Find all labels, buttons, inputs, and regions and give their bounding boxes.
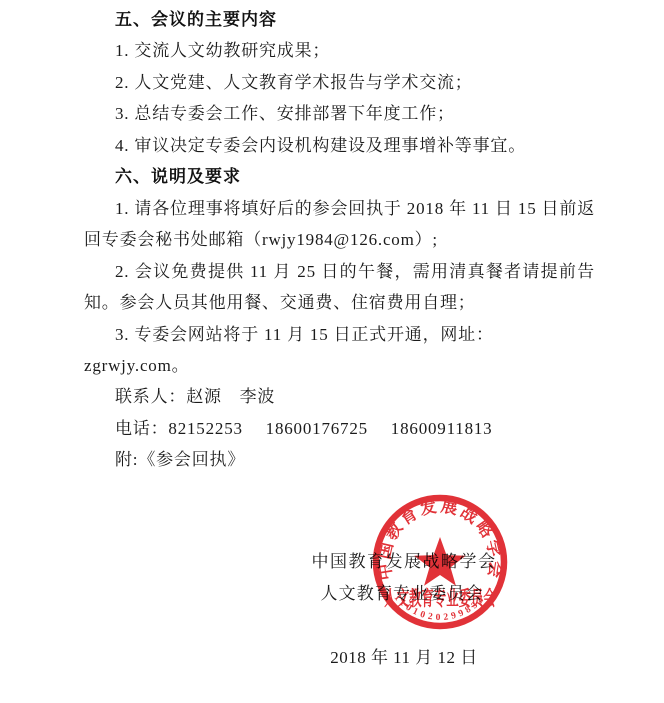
seal-star-icon [414, 537, 465, 586]
section-6-heading: 六、说明及要求 [84, 161, 595, 192]
section-6-note-1-line-2: 回专委会秘书处邮箱（rwjy1984@126.com）; [84, 224, 595, 255]
attachment-line: 附:《参会回执》 [84, 444, 595, 475]
notice-body: 五、会议的主要内容 1. 交流人文幼教研究成果； 2. 人文党建、人文教育学术报… [84, 4, 595, 476]
document-page: 五、会议的主要内容 1. 交流人文幼教研究成果； 2. 人文党建、人文教育学术报… [0, 0, 664, 703]
section-5-item-1: 1. 交流人文幼教研究成果； [84, 35, 595, 66]
section-5-item-3: 3. 总结专委会工作、安排部署下年度工作； [84, 98, 595, 129]
section-6-note-1-line-1: 1. 请各位理事将填好后的参会回执于 2018 年 11 日 15 日前返 [84, 193, 595, 224]
contact-person-line: 联系人：赵源 李波 [84, 381, 595, 412]
signature-date: 2018 年 11 月 12 日 [330, 648, 478, 668]
section-5-item-4: 4. 审议决定专委会内设机构建设及理事增补等事宜。 [84, 130, 595, 161]
section-6-note-2-line-1: 2. 会议免费提供 11 月 25 日的午餐，需用清真餐者请提前告 [84, 256, 595, 287]
section-5-heading: 五、会议的主要内容 [84, 4, 595, 35]
official-seal: 中国教育发展战略学会 1101020299834 人文教育专业委员会 [369, 491, 511, 633]
seal-subtitle: 人文教育专业委员会 [384, 586, 496, 610]
section-5-item-2: 2. 人文党建、人文教育学术报告与学术交流； [84, 67, 595, 98]
section-6-note-2-line-2: 知。参会人员其他用餐、交通费、住宿费用自理； [84, 287, 595, 318]
phone-numbers-line: 电话：82152253 18600176725 18600911813 [84, 413, 595, 444]
section-6-note-3: 3. 专委会网站将于 11 月 15 日正式开通，网址：zgrwjy.com。 [84, 319, 595, 382]
